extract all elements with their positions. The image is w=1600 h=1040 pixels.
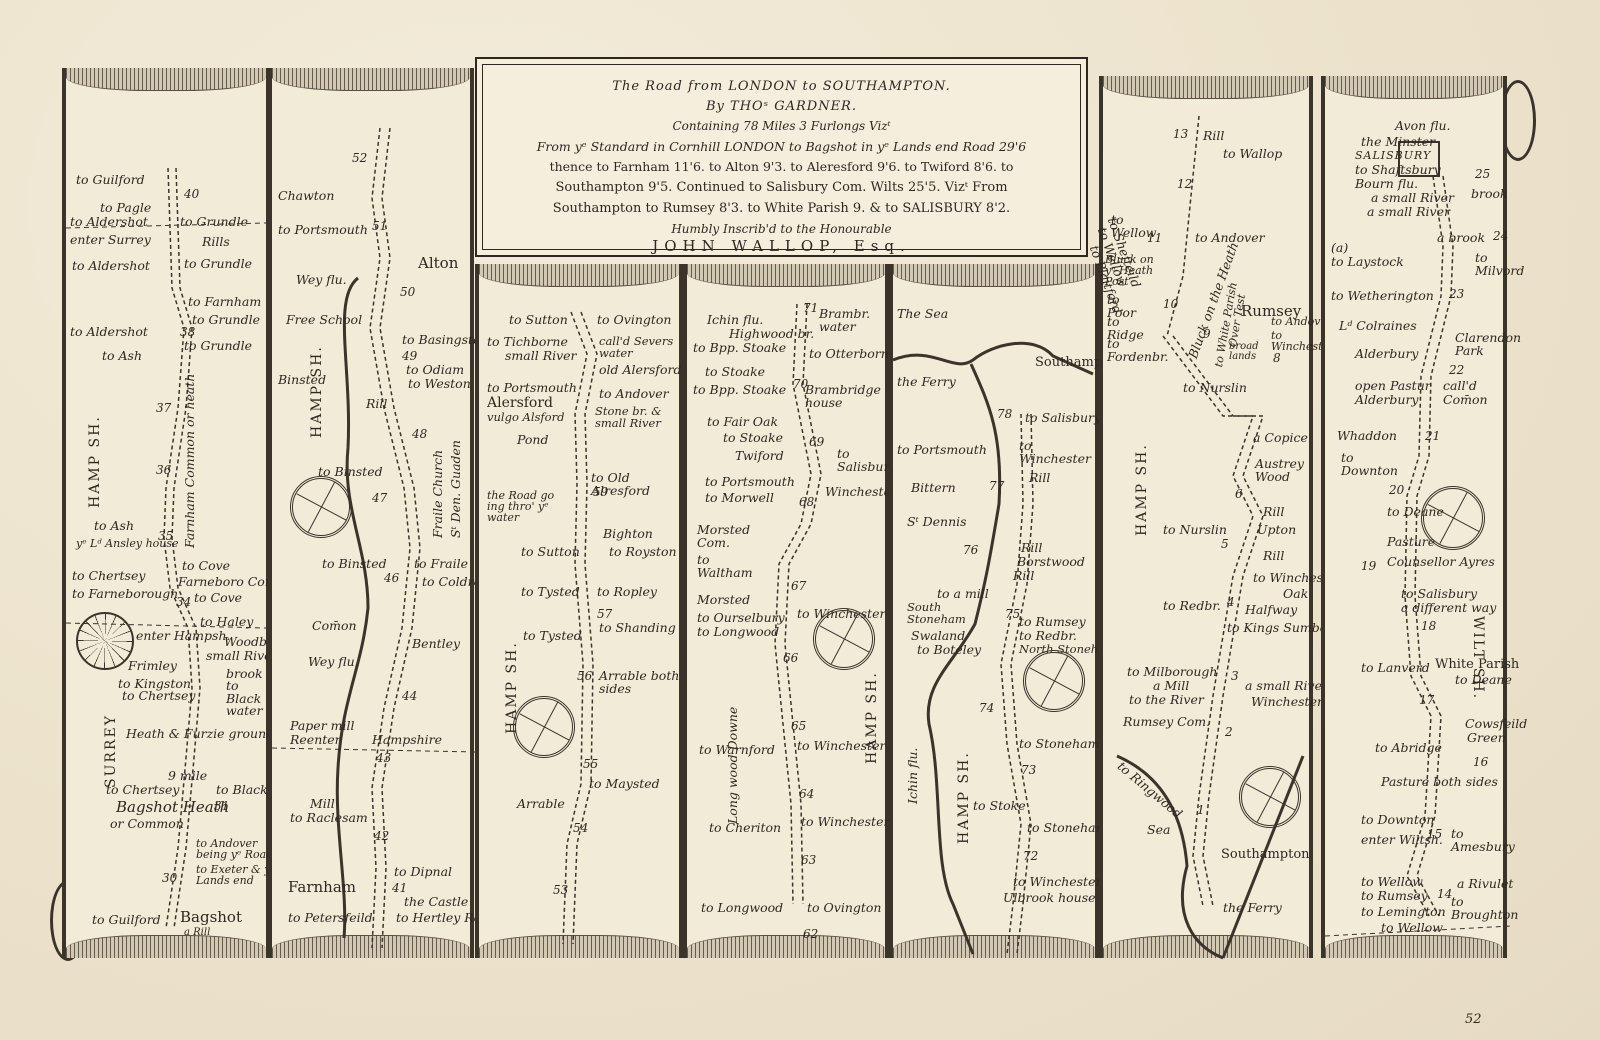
label: call'd [1443,380,1477,393]
milestone: 64 [799,788,814,800]
label: vulgo Alsford [487,412,564,424]
town-label: White Parish [1435,658,1519,671]
label: Borstwood [1017,556,1085,569]
label: Upton [1257,524,1296,537]
county-label: HAMP SH. [88,415,102,508]
label: to Ash [102,350,142,363]
compass-icon [290,476,352,538]
label: to Boteley [917,644,981,657]
map-author: By THOˢ GARDNER. [477,99,1086,114]
label: to Binsted [322,558,387,571]
map-route-line-4: Southampton to Rumsey 8'3. to White Pari… [477,201,1086,216]
label: a Rivulet [1457,878,1513,891]
label: Rills [202,236,230,249]
milestone: 73 [1021,764,1036,776]
milestone: 4 [1227,596,1235,608]
label: Mill [310,798,335,811]
milestone: 22 [1449,364,1464,376]
milestone: 19 [1361,560,1376,572]
label: to Dipnal [394,866,452,879]
label: to Farnham [188,296,261,309]
milestone: 1 [1197,804,1205,816]
label: to Ash [94,520,134,533]
milestone: 65 [791,720,806,732]
place-label: Bagshot Heath [116,800,229,815]
milestone: 24 [1493,230,1508,242]
label: Clarendon Park [1455,332,1511,357]
road-strip-4: 71 Ichin flu. Brambr. water Highwood br.… [683,264,889,958]
label: South Stoneham [907,602,967,625]
label: to Raclesam [290,812,368,825]
label: to Redbr. [1163,600,1221,613]
label: Winchester [1251,696,1323,709]
label: a small River [1245,680,1328,693]
milestone: 62 [803,928,818,940]
milestone: 18 [1421,620,1436,632]
label: a small River [1367,206,1450,219]
label: to the River [1129,694,1204,707]
milestone: 13 [1173,128,1188,140]
town-label: Southampton [1221,848,1310,861]
label: Pond [517,434,548,447]
milestone: 8 [1273,352,1281,364]
label: to Chertsey [106,784,179,797]
label: small River [206,650,278,663]
label: to Petersfeild [288,912,373,925]
milestone: 63 [801,854,816,866]
map-route-line-3: Southampton 9'5. Continued to Salisbury … [477,180,1086,195]
label: to Amesbury [1451,828,1511,853]
label: Rill [1263,550,1284,563]
label: to Fordenbr. [1107,338,1167,363]
label: to Wellow [1381,922,1443,935]
label: Brambridge house [805,384,891,409]
milestone: 46 [384,572,399,584]
label: Bighton [603,528,653,541]
label: Alderbury [1355,348,1419,361]
label: Whaddon [1337,430,1397,443]
milestone: 76 [963,544,978,556]
label: to Rumsey [1019,616,1086,629]
label: Free School [286,314,362,327]
label: to Milborough [1127,666,1217,679]
milestone: 49 [402,350,417,362]
label: to Shaftsbury [1355,164,1441,177]
label: a different way [1401,602,1496,615]
label: Arrable [517,798,565,811]
label: to Downton [1361,814,1434,827]
label: to Bpp. Stoake [693,342,786,355]
label: to Abridge [1375,742,1442,755]
label: to Pagle [100,202,151,215]
town-label: Bagshot [180,910,242,925]
label: to Andover being yᵉ Road [196,838,276,860]
milestone: 11 [1147,232,1162,244]
milestone: 75 [1005,608,1020,620]
milestone: 21 [1425,430,1440,442]
milestone: 71 [803,302,818,314]
milestone: 20 [1389,484,1404,496]
label: Rill [1029,472,1050,485]
label: to Ropley [597,586,657,599]
label: a brook [1437,232,1485,245]
label: enter Surrey [70,234,151,247]
label: Sᵗ Den. Guaden [450,440,463,538]
compass-icon [513,696,575,758]
milestone: 66 [783,652,798,664]
milestone: 23 [1449,288,1464,300]
town-label: Alton [418,256,458,271]
label: Cowsfeild [1465,718,1527,731]
label: Farnham Common or heath [184,374,197,548]
label: a Mill [1153,680,1189,693]
label: a Copice [1253,432,1308,445]
label: to Fraile [414,558,468,571]
milestone: 3 [1231,670,1239,682]
label: Stone br. & small River [595,406,685,429]
label: Bourn flu. [1355,178,1418,191]
milestone: 44 [402,690,417,702]
label: Rill [1021,542,1042,555]
milestone: 59 [593,486,608,498]
label: to Grundle [180,216,248,229]
milestone: 78 [997,408,1012,420]
road-strip-1: to Guilford 40 to Pagle to Aldershot to … [62,68,270,958]
label: to Grundle [192,314,260,327]
compass-icon [813,608,875,670]
milestone: 43 [376,752,391,764]
map-route-line-1: From yᵉ Standard in Cornhill LONDON to B… [477,139,1086,154]
label: to Deane [1455,674,1512,687]
milestone: 30 [162,872,177,884]
town-label: Farnham [288,880,356,895]
milestone: 15 [1427,828,1442,840]
compass-icon [1023,650,1085,712]
label: to Lanverd [1361,662,1430,675]
label: to Warnford [699,744,775,757]
label: call'd Severs water [599,336,685,359]
label: Reenter [290,734,341,747]
label: Frimley [128,660,177,673]
label: Com̄on [1443,394,1488,407]
label: to a mill [937,588,989,601]
milestone: 52 [352,152,367,164]
label: or Common [110,818,184,831]
road-strip-7: Avon flu. the Minster SALISBURY to Shaft… [1321,76,1507,958]
label: to Aldershot [70,216,148,229]
label: Long wood Downe [727,707,740,824]
compass-rose-icon [76,612,134,670]
label: Wey flu. [296,274,347,287]
label: to Winchester [1013,876,1101,889]
label: to Ovington [807,902,881,915]
label: to Farneborough [72,588,178,601]
label: Com̄on [312,620,357,633]
milestone: 51 [372,220,387,232]
label: Green [1467,732,1506,745]
map-route-line-2: thence to Farnham 11'6. to Alton 9'3. to… [477,159,1086,174]
milestone: 16 [1473,756,1488,768]
county-label: SURREY [104,714,118,788]
county-label: HAMP SH. [1135,443,1149,536]
label: Chawton [278,190,334,203]
label: Morsted Com. [697,524,757,549]
label: to Grundle [184,258,252,271]
label: to Waltham [697,554,757,579]
label: to Salisbury [1025,412,1101,425]
label: to Otterborne [809,348,896,361]
county-label: HAMP SH. [957,751,971,844]
milestone: 31 [214,800,229,812]
road-strip-6: 13 Rill to Shefteild to Wellow to Plaitf… [1099,76,1313,958]
label: Lᵈ Colraines [1339,320,1417,333]
milestone: 2 [1225,726,1233,738]
milestone: 36 [156,464,171,476]
milestone: 57 [597,608,612,620]
label: Wey flu. [308,656,359,669]
label: Binsted [278,374,326,387]
label: Heath & Furzie ground [126,728,274,741]
label: to Broughton [1451,896,1511,921]
label: to Tichborne [487,336,568,349]
county-label: HAMP SH. [310,345,324,438]
label: to Chertsey [122,690,195,703]
label: The Sea [897,308,948,321]
label: to Odiam [406,364,464,377]
label: brook [1471,188,1508,201]
milestone: 56 [577,670,592,682]
label: Arrable both sides [599,670,685,695]
river-label: Ichin flu. [907,748,920,804]
label: to Nurslin [1163,524,1227,537]
label: Bittern [911,482,956,495]
milestone: 54 [573,822,588,834]
milestone: 35 [158,530,173,542]
label: to Longwood [701,902,783,915]
label: Swaland [911,630,965,643]
label: broad lands [1229,342,1269,362]
county-label: HAMP SH. [865,671,879,764]
label: to Salisbury [837,448,889,473]
label: to Sutton [521,546,580,559]
label: to Bpp. Stoake [693,384,786,397]
label: Alderbury [1355,394,1419,407]
milestone: 12 [1177,178,1192,190]
label: (a) [1331,242,1348,255]
label: Sea [1147,824,1170,837]
milestone: 55 [583,758,598,770]
label: to Portsmouth [897,444,987,457]
label: Rill [366,398,387,411]
label: to Wellow [1111,214,1151,239]
label: to Nurslin [1183,382,1247,395]
label: the Ferry [1223,902,1282,915]
label: to Guilford [76,174,145,187]
milestone: 9 [1203,328,1211,340]
label: Ulbrook house [1003,892,1096,905]
milestone: 47 [372,492,387,504]
label: to Aldershot [70,326,148,339]
label: open Pastur [1355,380,1431,393]
label: to Shanding [599,622,676,635]
label: Austrey Wood [1255,458,1315,483]
label: the Castle [404,896,468,909]
label: the Minster [1361,136,1435,149]
label: to Stoneham [1027,822,1107,835]
label: to Wellow [1361,876,1423,889]
label: to Andover [599,388,669,401]
label: to Hertley Ro. [396,912,485,925]
milestone: 50 [400,286,415,298]
compass-icon [1239,766,1301,828]
label: Morsted [697,594,750,607]
label: to Tysted [521,586,580,599]
label: the Ferry [897,376,956,389]
milestone: 40 [184,188,199,200]
label: to Salisbury [1401,588,1477,601]
milestone: 48 [412,428,427,440]
label: the Road go ing thro' yᵉ water [487,490,567,523]
label: to Chertsey [72,570,145,583]
title-cartouche: The Road from LONDON to SOUTHAMPTON. By … [475,57,1088,257]
milestone: 53 [553,884,568,896]
dedication: Humbly Inscrib'd to the Honourable [477,222,1086,236]
label: Bluck on yᵉ Heath Post [1105,254,1161,287]
dedicatee: JOHN WALLOP, Esq. [477,237,1086,255]
label: Halfway [1245,604,1297,617]
label: Hampshire [372,734,442,747]
label: Paper mill [290,720,355,733]
label: to Winchester [801,816,889,829]
label: to Guilford [92,914,161,927]
milestone: 17 [1419,694,1434,706]
milestone: 74 [979,702,994,714]
road-strip-2: 52 Chawton to Portsmouth 51 Alton Wey fl… [268,68,474,958]
milestone: 41 [392,882,407,894]
road-strip-3: to Sutton to Ovington to Tichborne call'… [475,264,683,958]
label: to Royston [609,546,677,559]
label: Rumsey Com. [1123,716,1210,729]
label: Counsellor Ayres [1387,556,1495,569]
label: to Longwood [697,626,779,639]
label: to Lemington [1361,906,1446,919]
label: Rill [1263,506,1284,519]
label: Brambr. water [819,308,889,333]
label: Avon flu. [1395,120,1451,133]
label: Highwood br. [729,328,814,341]
page-number: 52 [1465,1012,1482,1027]
label: Sᵗ Dennis [907,516,967,529]
label: to Redbr. [1019,630,1077,643]
map-distance: Containing 78 Miles 3 Furlongs Vizᵗ [477,119,1086,133]
label: to Downton [1341,452,1377,477]
milestone: 6 [1235,488,1243,500]
milestone: 67 [791,580,806,592]
milestone: 25 [1475,168,1490,180]
label: to Winchester [1019,440,1099,465]
label: to Fair Oak [707,416,778,429]
label: to Morwell [705,492,774,505]
label: Twiford [735,450,784,463]
town-label: SALISBURY [1355,150,1431,161]
label: to Cove [194,592,242,605]
label: to Portsmouth [705,476,795,489]
label: enter Hampsh. [136,630,230,643]
milestone: 34 [176,596,191,608]
label: to Tysted [523,630,582,643]
label: Bentley [412,638,460,651]
map-title: The Road from LONDON to SOUTHAMPTON. [477,79,1086,94]
milestone: 10 [1163,298,1178,310]
label: to Stoke [973,800,1026,813]
label: Ichin flu. [707,314,763,327]
milestone: 42 [374,830,389,842]
label: old Alersford [599,364,681,377]
milestone: 5 [1221,538,1229,550]
label: to Rumsey [1361,890,1428,903]
label: to Stoake [723,432,783,445]
label: a Rill [184,928,210,938]
label: Fraile Church [432,450,445,538]
label: to Stoneham [1019,738,1099,751]
label: 9 mile [168,770,207,783]
label: Pasture both sides [1381,776,1498,789]
label: Rill [1013,570,1034,583]
label: Winchester [825,486,897,499]
milestone: 77 [989,480,1004,492]
label: to Portsmouth [487,382,577,395]
label: to Wetherington [1331,290,1434,303]
label: to Ovington [597,314,671,327]
label: Farneboro Com [178,576,277,589]
label: to Winchester [1271,330,1317,352]
label: a small River [1371,192,1454,205]
label: to Milvord [1475,252,1511,277]
town-label: Alersford [487,396,553,410]
label: to Cove [182,560,230,573]
label: to Cheriton [709,822,781,835]
label: to Maysted [589,778,660,791]
road-strip-5: The Sea the Ferry Southampton 78 to Sali… [889,264,1099,958]
milestone: 38 [180,326,195,338]
label: to Aldershot [72,260,150,273]
label: to Stoake [705,366,765,379]
label: to Haley [200,616,253,629]
label: to Ourselbury [697,612,785,625]
milestone: 72 [1023,850,1038,862]
label: Rill [1203,130,1224,143]
label: to Grundle [184,340,252,353]
label: small River [505,350,577,363]
label: to Exeter & yᵉ Lands end [196,864,276,886]
milestone: 14 [1437,888,1452,900]
compass-icon [1421,486,1485,550]
milestone: 37 [156,402,171,414]
milestone: 69 [809,436,824,448]
label: to Sutton [509,314,568,327]
label: to Weston [408,378,471,391]
label: to Laystock [1331,256,1404,269]
milestone: 68 [799,496,814,508]
label: to Wallop [1223,148,1282,161]
label: Oak [1283,588,1308,601]
label: to Portsmouth [278,224,368,237]
